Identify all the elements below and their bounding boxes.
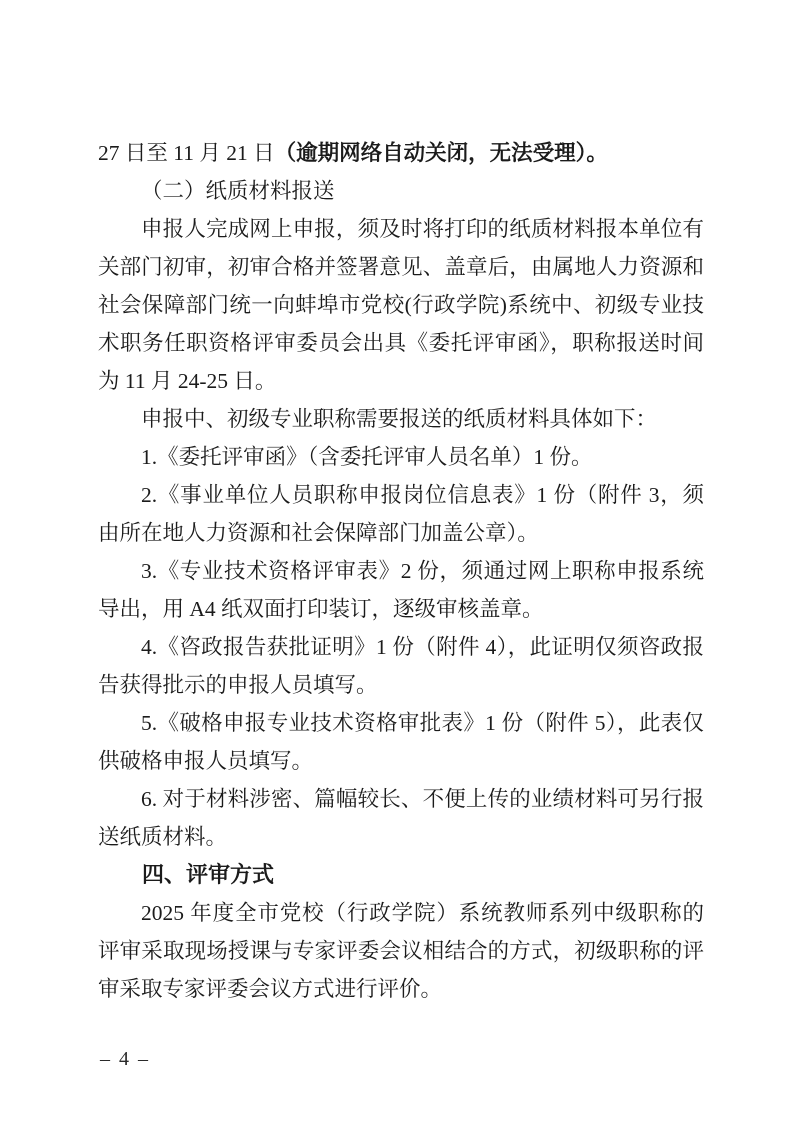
text-segment: 2.《事业单位人员职称申报岗位信息表》1 份（附件 3，须由所在地人力资源和社会… [98,483,704,545]
text-segment: 四、评审方式 [142,862,274,887]
text-segment: 5.《破格申报专业技术资格审批表》1 份（附件 5），此表仅供破格申报人员填写。 [98,711,704,773]
text-segment: （逾期网络自动关闭，无法受理）。 [275,141,608,165]
paragraph: 2025 年度全市党校（行政学院）系统教师系列中级职称的评审采取现场授课与专家评… [98,894,704,1008]
text-segment: 申报人完成网上申报，须及时将打印的纸质材料报本单位有关部门初审，初审合格并签署意… [98,217,704,393]
paragraph: 1.《委托评审函》（含委托评审人员名单）1 份。 [98,438,704,476]
text-segment: （二）纸质材料报送 [141,179,335,203]
page-number: – 4 – [100,1044,150,1074]
paragraph: 申报中、初级专业职称需要报送的纸质材料具体如下： [98,400,704,438]
paragraph: 6. 对于材料涉密、篇幅较长、不便上传的业绩材料可另行报送纸质材料。 [98,780,704,856]
paragraph: 2.《事业单位人员职称申报岗位信息表》1 份（附件 3，须由所在地人力资源和社会… [98,476,704,552]
section-heading: 四、评审方式 [98,856,704,894]
text-segment: 2025 年度全市党校（行政学院）系统教师系列中级职称的评审采取现场授课与专家评… [98,901,704,1001]
text-segment: 4.《咨政报告获批证明》1 份（附件 4），此证明仅须咨政报告获得批示的申报人员… [98,635,704,697]
text-segment: 27 日至 11 月 21 日 [98,141,275,165]
document-body: 27 日至 11 月 21 日（逾期网络自动关闭，无法受理）。（二）纸质材料报送… [98,134,704,1008]
paragraph: 4.《咨政报告获批证明》1 份（附件 4），此证明仅须咨政报告获得批示的申报人员… [98,628,704,704]
text-segment: 1.《委托评审函》（含委托评审人员名单）1 份。 [141,445,593,469]
paragraph: 3.《专业技术资格评审表》2 份，须通过网上职称申报系统导出，用 A4 纸双面打… [98,552,704,628]
paragraph: 申报人完成网上申报，须及时将打印的纸质材料报本单位有关部门初审，初审合格并签署意… [98,210,704,400]
text-segment: 3.《专业技术资格评审表》2 份，须通过网上职称申报系统导出，用 A4 纸双面打… [98,559,704,621]
paragraph: 27 日至 11 月 21 日（逾期网络自动关闭，无法受理）。 [98,134,704,172]
paragraph: 5.《破格申报专业技术资格审批表》1 份（附件 5），此表仅供破格申报人员填写。 [98,704,704,780]
text-segment: 6. 对于材料涉密、篇幅较长、不便上传的业绩材料可另行报送纸质材料。 [98,787,704,849]
document-page: 27 日至 11 月 21 日（逾期网络自动关闭，无法受理）。（二）纸质材料报送… [0,0,800,1131]
paragraph: （二）纸质材料报送 [98,172,704,210]
text-segment: 申报中、初级专业职称需要报送的纸质材料具体如下： [141,407,657,431]
